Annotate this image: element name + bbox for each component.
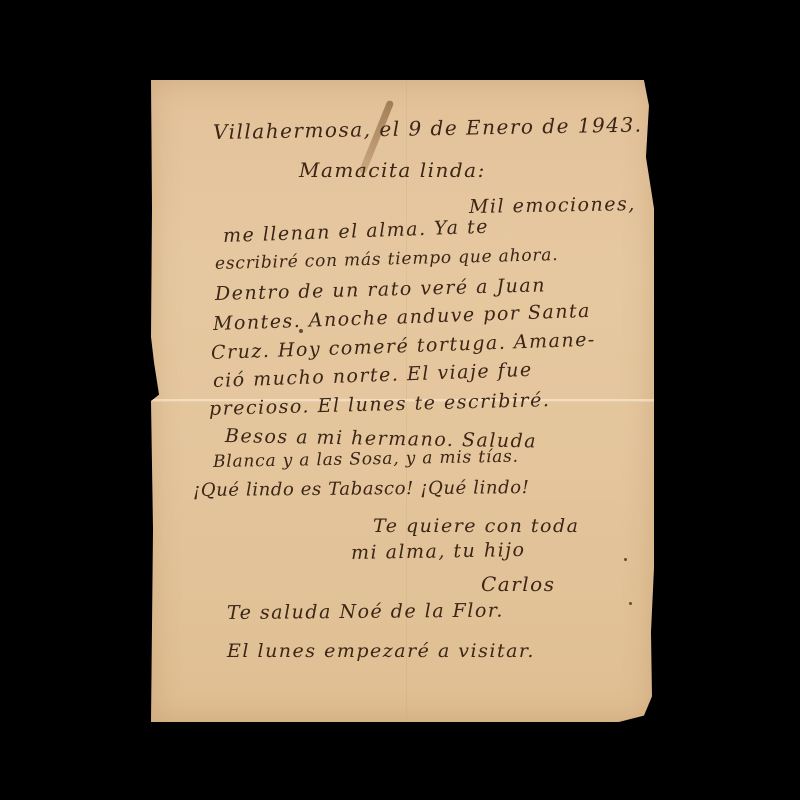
body-line: precioso. El lunes te escribiré. [209,389,551,420]
body-line: Dentro de un rato veré a Juan [215,274,546,305]
signature: Carlos [481,572,556,596]
place-date-line: Villahermosa, el 9 de Enero de 1943. [213,113,643,144]
body-line: ¡Qué lindo es Tabasco! ¡Qué lindo! [193,477,530,501]
postscript-line: El lunes empezaré a visitar. [227,640,535,662]
closing-line: mi alma, tu hijo [351,539,526,564]
letter-paper: Villahermosa, el 9 de Enero de 1943. Mam… [151,80,654,722]
body-line: Blanca y a las Sosa, y a mis tías. [213,447,519,472]
closing-line: Te quiere con toda [373,515,580,537]
ink-spot [624,558,627,561]
ink-spot [629,602,632,605]
body-line: me llenan el alma. Ya te [223,216,490,247]
body-line: escribiré con más tiempo que ahora. [215,245,559,274]
salutation: Mamacita linda: [299,158,486,182]
body-line: Cruz. Hoy comeré tortuga. Amane- [211,329,597,364]
body-line: Mil emociones, [469,193,636,218]
postscript-line: Te saluda Noé de la Flor. [227,600,504,624]
body-line: ció mucho norte. El viaje fue [213,359,533,392]
